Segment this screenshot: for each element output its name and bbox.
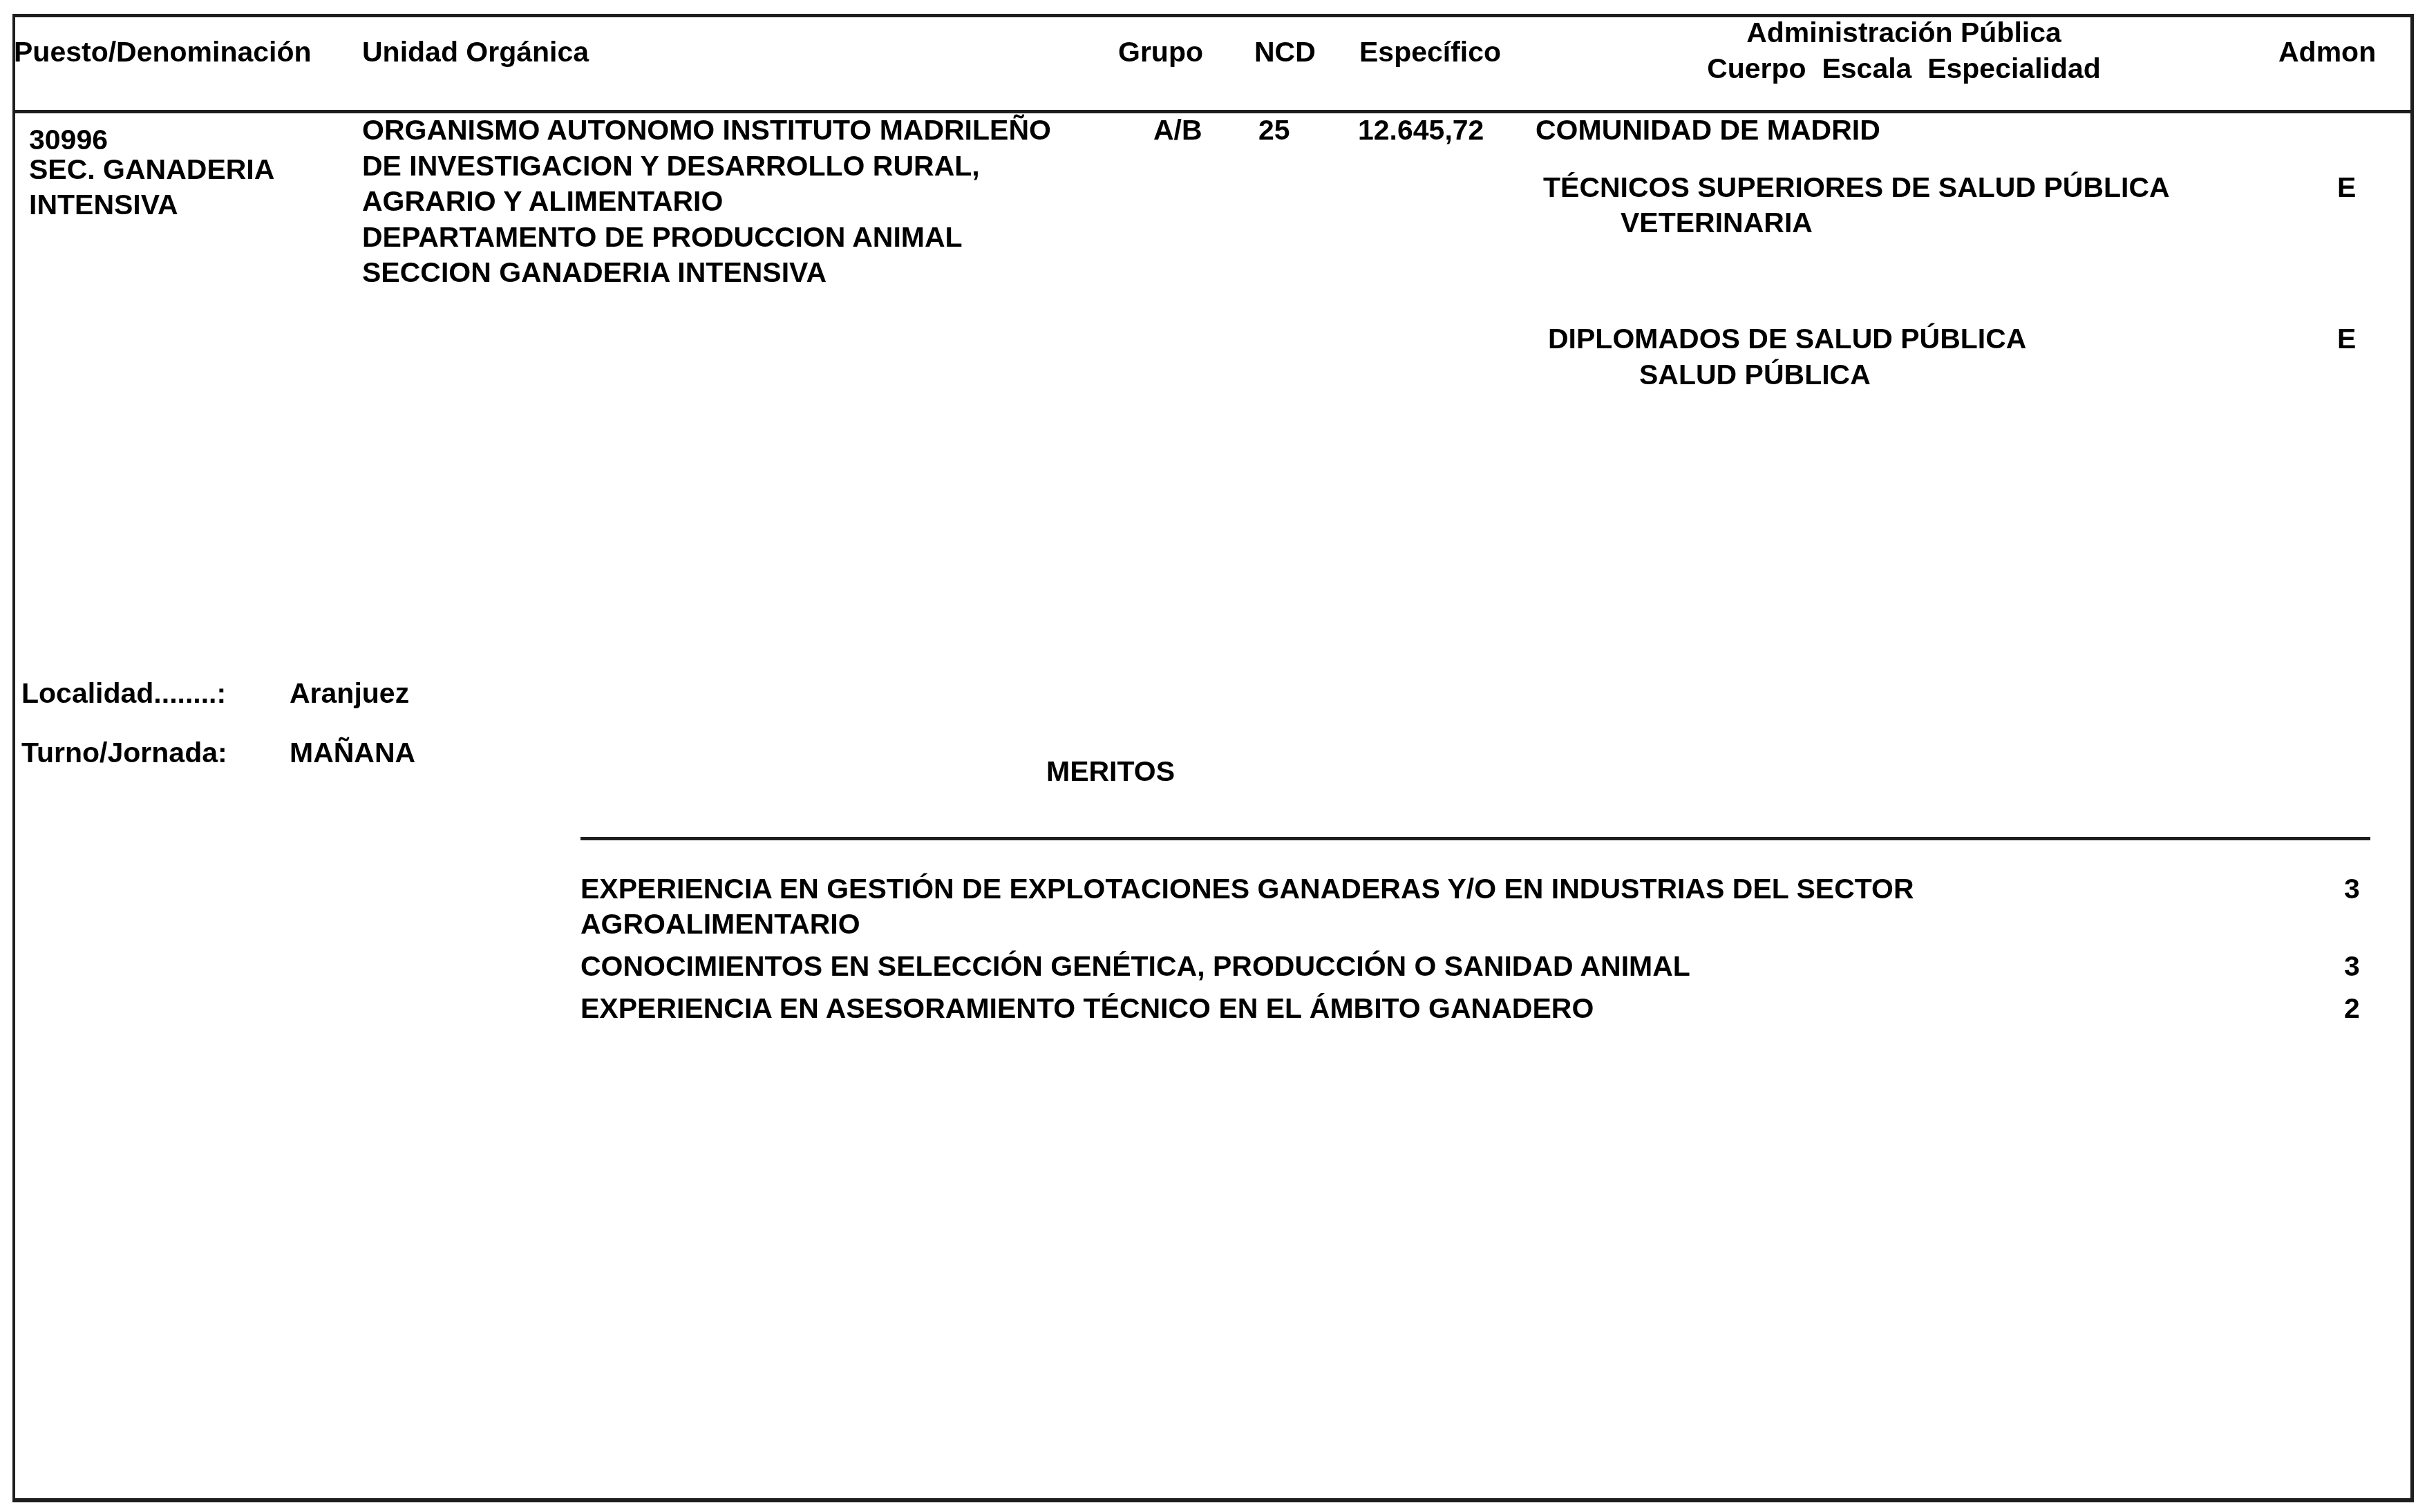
puesto-denominacion-1: SEC. GANADERIA [29, 155, 274, 184]
grupo-value: A/B [1153, 116, 1202, 144]
unidad-line-2: DE INVESTIGACION Y DESARROLLO RURAL, [362, 152, 980, 180]
header-puesto: Puesto/Denominación [14, 38, 312, 66]
header-cuerpo-escala: Cuerpo Escala Especialidad [1707, 55, 2101, 83]
unidad-line-1: ORGANISMO AUTONOMO INSTITUTO MADRILEÑO [362, 116, 1051, 144]
unidad-line-3: AGRARIO Y ALIMENTARIO [362, 187, 723, 216]
merito-1-line-1: EXPERIENCIA EN GESTIÓN DE EXPLOTACIONES … [580, 875, 1914, 903]
turno-value: MAÑANA [290, 739, 415, 767]
admon-1: E [2337, 173, 2356, 202]
cuerpo-2: DIPLOMADOS DE SALUD PÚBLICA [1548, 325, 2026, 353]
especifico-value: 12.645,72 [1358, 116, 1484, 144]
localidad-label: Localidad........: [21, 679, 226, 708]
merito-1-line-2: AGROALIMENTARIO [580, 910, 860, 938]
header-especifico: Específico [1359, 38, 1501, 66]
puesto-codigo: 30996 [29, 126, 108, 154]
header-admon: Admon [2278, 38, 2376, 66]
merito-2-score: 3 [2344, 952, 2360, 981]
merito-3-line-1: EXPERIENCIA EN ASESORAMIENTO TÉCNICO EN … [580, 994, 1594, 1023]
header-grupo: Grupo [1118, 38, 1203, 66]
header-divider [12, 110, 2414, 113]
admon-2: E [2337, 325, 2356, 353]
especialidad-2: SALUD PÚBLICA [1639, 361, 1871, 389]
ncd-value: 25 [1258, 116, 1290, 144]
merito-2-line-1: CONOCIMIENTOS EN SELECCIÓN GENÉTICA, PRO… [580, 952, 1690, 981]
meritos-title: MERITOS [1046, 757, 1175, 786]
puesto-denominacion-2: INTENSIVA [29, 191, 178, 219]
administracion-value: COMUNIDAD DE MADRID [1536, 116, 1880, 144]
turno-label: Turno/Jornada: [21, 739, 227, 767]
header-admin-publica: Administración Pública [1746, 19, 2061, 47]
merito-3-score: 2 [2344, 994, 2360, 1023]
merito-1-score: 3 [2344, 875, 2360, 903]
header-unidad: Unidad Orgánica [362, 38, 589, 66]
especialidad-1: VETERINARIA [1621, 209, 1813, 237]
unidad-line-5: SECCION GANADERIA INTENSIVA [362, 258, 827, 287]
header-ncd: NCD [1254, 38, 1316, 66]
unidad-line-4: DEPARTAMENTO DE PRODUCCION ANIMAL [362, 223, 963, 252]
cuerpo-1: TÉCNICOS SUPERIORES DE SALUD PÚBLICA [1543, 173, 2170, 202]
localidad-value: Aranjuez [290, 679, 409, 708]
meritos-divider [580, 837, 2370, 840]
